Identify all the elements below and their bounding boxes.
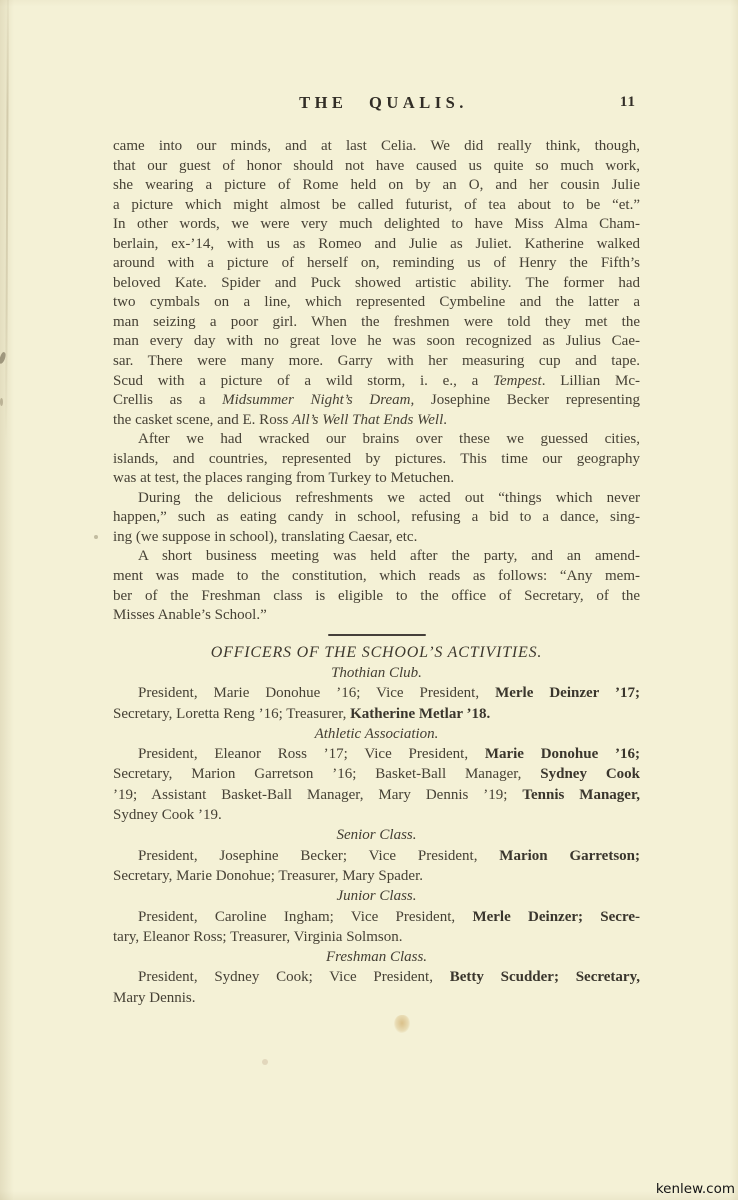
text-line: Crellis as a Midsummer Night’s Dream, Jo… bbox=[113, 391, 640, 411]
scan-speck bbox=[0, 398, 3, 406]
page-number: 11 bbox=[620, 94, 636, 111]
subsection-title: Freshman Class. bbox=[113, 947, 640, 967]
paragraph: President, Sydney Cook; Vice President, … bbox=[113, 967, 640, 1008]
text-line: President, Caroline Ingham; Vice Preside… bbox=[113, 907, 640, 927]
text-line: sar. There were many more. Garry with he… bbox=[113, 352, 640, 372]
text-line: was at test, the places ranging from Tur… bbox=[113, 469, 640, 489]
text-line: After we had wracked our brains over the… bbox=[113, 430, 640, 450]
text-line: berlain, ex-’14, with us as Romeo and Ju… bbox=[113, 235, 640, 255]
text-line: man every day with no great love he was … bbox=[113, 332, 640, 352]
text-line: A short business meeting was held after … bbox=[113, 547, 640, 567]
paragraph: President, Caroline Ingham; Vice Preside… bbox=[113, 907, 640, 948]
text-line: Scud with a picture of a wild storm, i. … bbox=[113, 372, 640, 392]
text-line: ing (we suppose in school), translating … bbox=[113, 528, 640, 548]
text-line: came into our minds, and at last Celia. … bbox=[113, 137, 640, 157]
officers-section: OFFICERS OF THE SCHOOL’S ACTIVITIES. Tho… bbox=[113, 643, 640, 1008]
paragraph: President, Eleanor Ross ’17; Vice Presid… bbox=[113, 744, 640, 825]
subsection-title: Senior Class. bbox=[113, 825, 640, 845]
text-line: beloved Kate. Spider and Puck showed art… bbox=[113, 274, 640, 294]
text-line: ’19; Assistant Basket-Ball Manager, Mary… bbox=[113, 785, 640, 805]
watermark: kenlew.com bbox=[656, 1181, 735, 1197]
body-text: came into our minds, and at last Celia. … bbox=[113, 137, 640, 626]
paragraph: came into our minds, and at last Celia. … bbox=[113, 137, 640, 430]
text-line: ment was made to the constitution, which… bbox=[113, 567, 640, 587]
text-line: Secretary, Marion Garretson ’16; Basket-… bbox=[113, 764, 640, 784]
paragraph: President, Josephine Becker; Vice Presid… bbox=[113, 846, 640, 887]
text-line: In other words, we were very much deligh… bbox=[113, 215, 640, 235]
text-line: Secretary, Marie Donohue; Treasurer, Mar… bbox=[113, 866, 640, 886]
text-line: President, Eleanor Ross ’17; Vice Presid… bbox=[113, 744, 640, 764]
text-line: Mary Dennis. bbox=[113, 988, 640, 1008]
subsection-title: Athletic Association. bbox=[113, 724, 640, 744]
text-line: islands, and countries, represented by p… bbox=[113, 450, 640, 470]
text-line: ber of the Freshman class is eligible to… bbox=[113, 587, 640, 607]
subsection-title: Thothian Club. bbox=[113, 663, 640, 683]
text-line: two cymbals on a line, which represented… bbox=[113, 293, 640, 313]
scan-stain bbox=[394, 1015, 410, 1033]
text-line: around with a picture of herself on, rem… bbox=[113, 254, 640, 274]
scan-speck bbox=[94, 535, 98, 539]
officers-subsections: Thothian Club.President, Marie Donohue ’… bbox=[113, 663, 640, 1008]
scanned-book-page: THE QUALIS. 11 came into our minds, and … bbox=[0, 0, 738, 1200]
text-line: she wearing a picture of Rome held on by… bbox=[113, 176, 640, 196]
page-title: THE QUALIS. bbox=[120, 93, 647, 113]
section-divider bbox=[328, 634, 426, 636]
text-line: that our guest of honor should not have … bbox=[113, 157, 640, 177]
paragraph: President, Marie Donohue ’16; Vice Presi… bbox=[113, 683, 640, 724]
text-line: Sydney Cook ’19. bbox=[113, 805, 640, 825]
paragraph: A short business meeting was held after … bbox=[113, 547, 640, 625]
text-line: Misses Anable’s School.” bbox=[113, 606, 640, 626]
text-line: the casket scene, and E. Ross All’s Well… bbox=[113, 411, 640, 431]
running-head: THE QUALIS. 11 bbox=[113, 93, 640, 113]
paragraph: During the delicious refreshments we act… bbox=[113, 489, 640, 548]
page-content: THE QUALIS. 11 came into our minds, and … bbox=[113, 93, 640, 1008]
text-line: President, Sydney Cook; Vice President, … bbox=[113, 967, 640, 987]
scan-crease bbox=[5, 0, 9, 440]
text-line: happen,” such as eating candy in school,… bbox=[113, 508, 640, 528]
text-line: a picture which might almost be called f… bbox=[113, 196, 640, 216]
text-line: man seizing a poor girl. When the freshm… bbox=[113, 313, 640, 333]
text-line: President, Marie Donohue ’16; Vice Presi… bbox=[113, 683, 640, 703]
text-line: Secretary, Loretta Reng ’16; Treasurer, … bbox=[113, 704, 640, 724]
subsection-title: Junior Class. bbox=[113, 886, 640, 906]
paragraph: After we had wracked our brains over the… bbox=[113, 430, 640, 489]
officers-heading: OFFICERS OF THE SCHOOL’S ACTIVITIES. bbox=[113, 643, 640, 663]
text-line: President, Josephine Becker; Vice Presid… bbox=[113, 846, 640, 866]
text-line: During the delicious refreshments we act… bbox=[113, 489, 640, 509]
text-line: tary, Eleanor Ross; Treasurer, Virginia … bbox=[113, 927, 640, 947]
scan-speck bbox=[262, 1059, 268, 1065]
